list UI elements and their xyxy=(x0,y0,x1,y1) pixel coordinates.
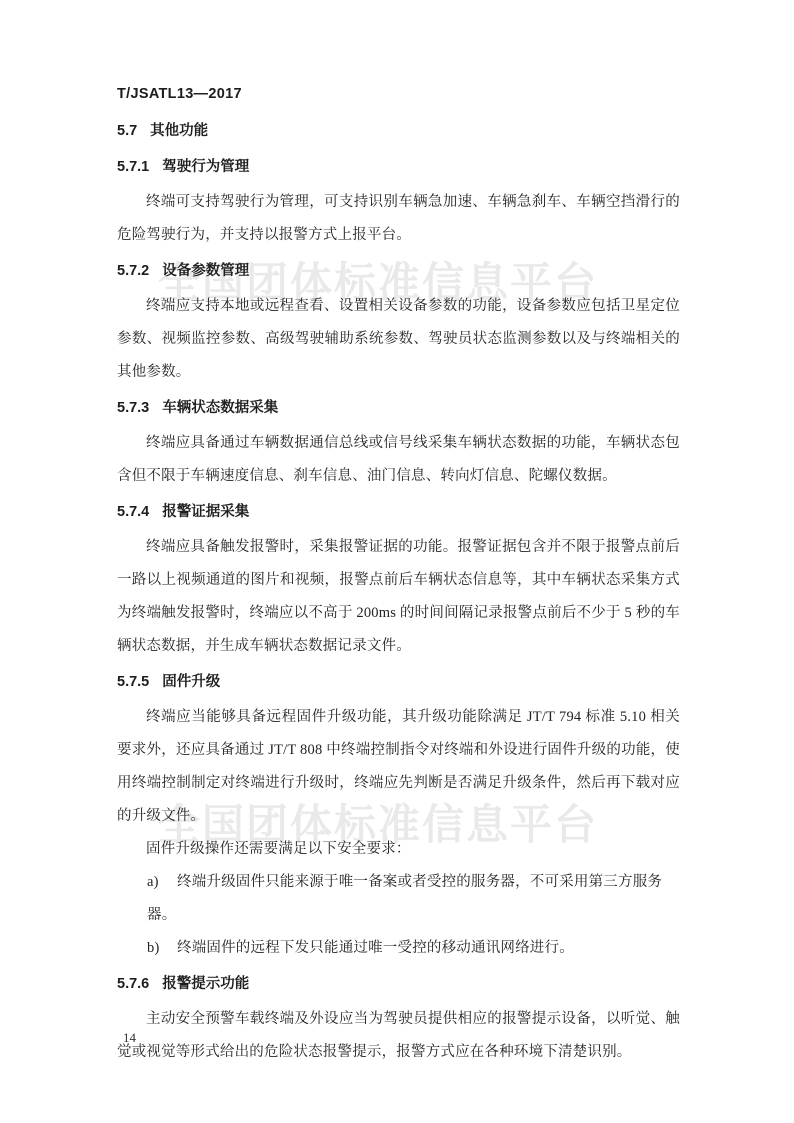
list-item: b)终端固件的远程下发只能通过唯一受控的移动通讯网络进行。 xyxy=(117,932,680,965)
list-item-text: 终端固件的远程下发只能通过唯一受控的移动通讯网络进行。 xyxy=(177,940,574,956)
clause-number: 5.7.3 xyxy=(117,400,149,416)
clause-heading-5-7-3: 5.7.3车辆状态数据采集 xyxy=(117,392,680,425)
clause-heading-5-7-2: 5.7.2设备参数管理 xyxy=(117,255,680,288)
clause-heading-5-7-6: 5.7.6报警提示功能 xyxy=(117,968,680,1001)
clause-heading-5-7-1: 5.7.1驾驶行为管理 xyxy=(117,151,680,184)
clause-heading-5-7: 5.7其他功能 xyxy=(117,115,680,148)
clause-title: 报警提示功能 xyxy=(162,976,249,992)
clause-heading-5-7-4: 5.7.4报警证据采集 xyxy=(117,496,680,529)
paragraph: 终端可支持驾驶行为管理，可支持识别车辆急加速、车辆急刹车、车辆空挡滑行的危险驾驶… xyxy=(117,186,680,252)
clause-title: 设备参数管理 xyxy=(162,263,249,279)
clause-title: 车辆状态数据采集 xyxy=(162,400,278,416)
paragraph: 终端应支持本地或远程查看、设置相关设备参数的功能，设备参数应包括卫星定位参数、视… xyxy=(117,290,680,389)
clause-title: 固件升级 xyxy=(162,674,220,690)
doc-code-header: T/JSATL13—2017 xyxy=(117,86,242,102)
clause-number: 5.7 xyxy=(117,123,137,139)
paragraph: 终端应当能够具备远程固件升级功能，其升级功能除满足 JT/T 794 标准 5.… xyxy=(117,701,680,833)
security-requirements-list: a)终端升级固件只能来源于唯一备案或者受控的服务器，不可采用第三方服务器。 b)… xyxy=(117,866,680,965)
list-item-text: 终端升级固件只能来源于唯一备案或者受控的服务器，不可采用第三方服务器。 xyxy=(147,874,662,923)
clause-number: 5.7.2 xyxy=(117,263,149,279)
document-body: 5.7其他功能 5.7.1驾驶行为管理 终端可支持驾驶行为管理，可支持识别车辆急… xyxy=(117,112,680,1069)
clause-number: 5.7.4 xyxy=(117,504,149,520)
clause-number: 5.7.1 xyxy=(117,159,149,175)
clause-title: 驾驶行为管理 xyxy=(162,159,249,175)
clause-title: 其他功能 xyxy=(150,123,208,139)
list-item-label: a) xyxy=(147,866,177,899)
paragraph: 固件升级操作还需要满足以下安全要求： xyxy=(117,833,680,866)
paragraph: 主动安全预警车载终端及外设应当为驾驶员提供相应的报警提示设备，以听觉、触觉或视觉… xyxy=(117,1003,680,1069)
list-item-label: b) xyxy=(147,932,177,965)
standard-document-page: 全国团体标准信息平台 全国团体标准信息平台 T/JSATL13—2017 5.7… xyxy=(0,0,794,1123)
clause-heading-5-7-5: 5.7.5固件升级 xyxy=(117,666,680,699)
page-number: 14 xyxy=(123,1030,136,1046)
clause-number: 5.7.6 xyxy=(117,976,149,992)
paragraph: 终端应具备触发报警时，采集报警证据的功能。报警证据包含并不限于报警点前后一路以上… xyxy=(117,531,680,663)
list-item: a)终端升级固件只能来源于唯一备案或者受控的服务器，不可采用第三方服务器。 xyxy=(117,866,680,932)
clause-number: 5.7.5 xyxy=(117,674,149,690)
paragraph: 终端应具备通过车辆数据通信总线或信号线采集车辆状态数据的功能，车辆状态包含但不限… xyxy=(117,427,680,493)
clause-title: 报警证据采集 xyxy=(162,504,249,520)
